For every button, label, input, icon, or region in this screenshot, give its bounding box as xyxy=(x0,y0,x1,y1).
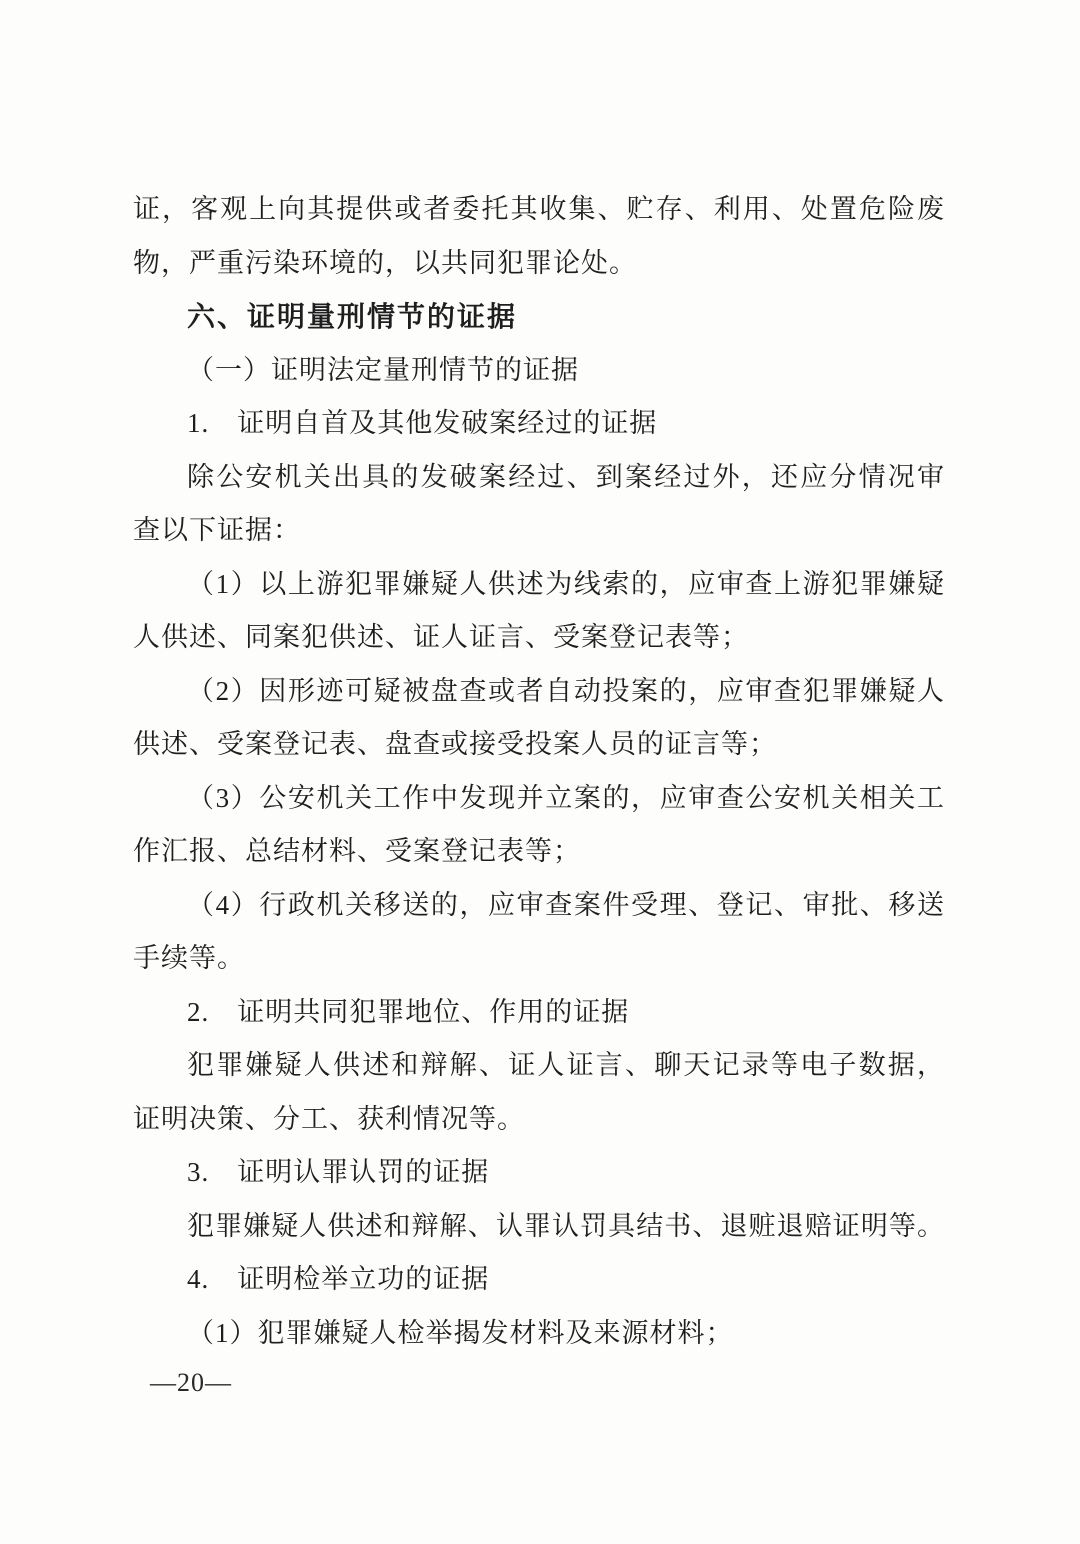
item-heading: 1. 证明自首及其他发破案经过的证据 xyxy=(133,397,945,451)
body-line: 犯罪嫌疑人供述和辩解、证人证言、聊天记录等电子数据， xyxy=(133,1039,945,1093)
item-heading: 2. 证明共同犯罪地位、作用的证据 xyxy=(133,986,945,1040)
body-line: 证明决策、分工、获利情况等。 xyxy=(133,1093,945,1147)
list-item-line: 供述、受案登记表、盘查或接受投案人员的证言等； xyxy=(133,718,945,772)
list-item-line: （2）因形迹可疑被盘查或者自动投案的，应审查犯罪嫌疑人 xyxy=(133,665,945,719)
body-line: 犯罪嫌疑人供述和辩解、认罪认罚具结书、退赃退赔证明等。 xyxy=(133,1200,945,1254)
list-item-line: 作汇报、总结材料、受案登记表等； xyxy=(133,825,945,879)
page-number: —20— xyxy=(150,1368,232,1398)
body-line: 除公安机关出具的发破案经过、到案经过外，还应分情况审 xyxy=(133,451,945,505)
item-heading: 3. 证明认罪认罚的证据 xyxy=(133,1146,945,1200)
subsection-heading: （一）证明法定量刑情节的证据 xyxy=(133,344,945,398)
body-line: 物，严重污染环境的，以共同犯罪论处。 xyxy=(133,237,945,291)
item-heading: 4. 证明检举立功的证据 xyxy=(133,1253,945,1307)
document-page: 证，客观上向其提供或者委托其收集、贮存、利用、处置危险废 物，严重污染环境的，以… xyxy=(0,0,1080,1544)
section-heading: 六、证明量刑情节的证据 xyxy=(133,290,945,344)
list-item-line: 手续等。 xyxy=(133,932,945,986)
body-line: 查以下证据： xyxy=(133,504,945,558)
list-item-line: （1）以上游犯罪嫌疑人供述为线索的，应审查上游犯罪嫌疑 xyxy=(133,558,945,612)
list-item-line: （4）行政机关移送的，应审查案件受理、登记、审批、移送 xyxy=(133,879,945,933)
list-item-line: （3）公安机关工作中发现并立案的，应审查公安机关相关工 xyxy=(133,772,945,826)
list-item-line: 人供述、同案犯供述、证人证言、受案登记表等； xyxy=(133,611,945,665)
body-line: 证，客观上向其提供或者委托其收集、贮存、利用、处置危险废 xyxy=(133,183,945,237)
document-text-block: 证，客观上向其提供或者委托其收集、贮存、利用、处置危险废 物，严重污染环境的，以… xyxy=(133,183,945,1360)
list-item-line: （1）犯罪嫌疑人检举揭发材料及来源材料； xyxy=(133,1307,945,1361)
